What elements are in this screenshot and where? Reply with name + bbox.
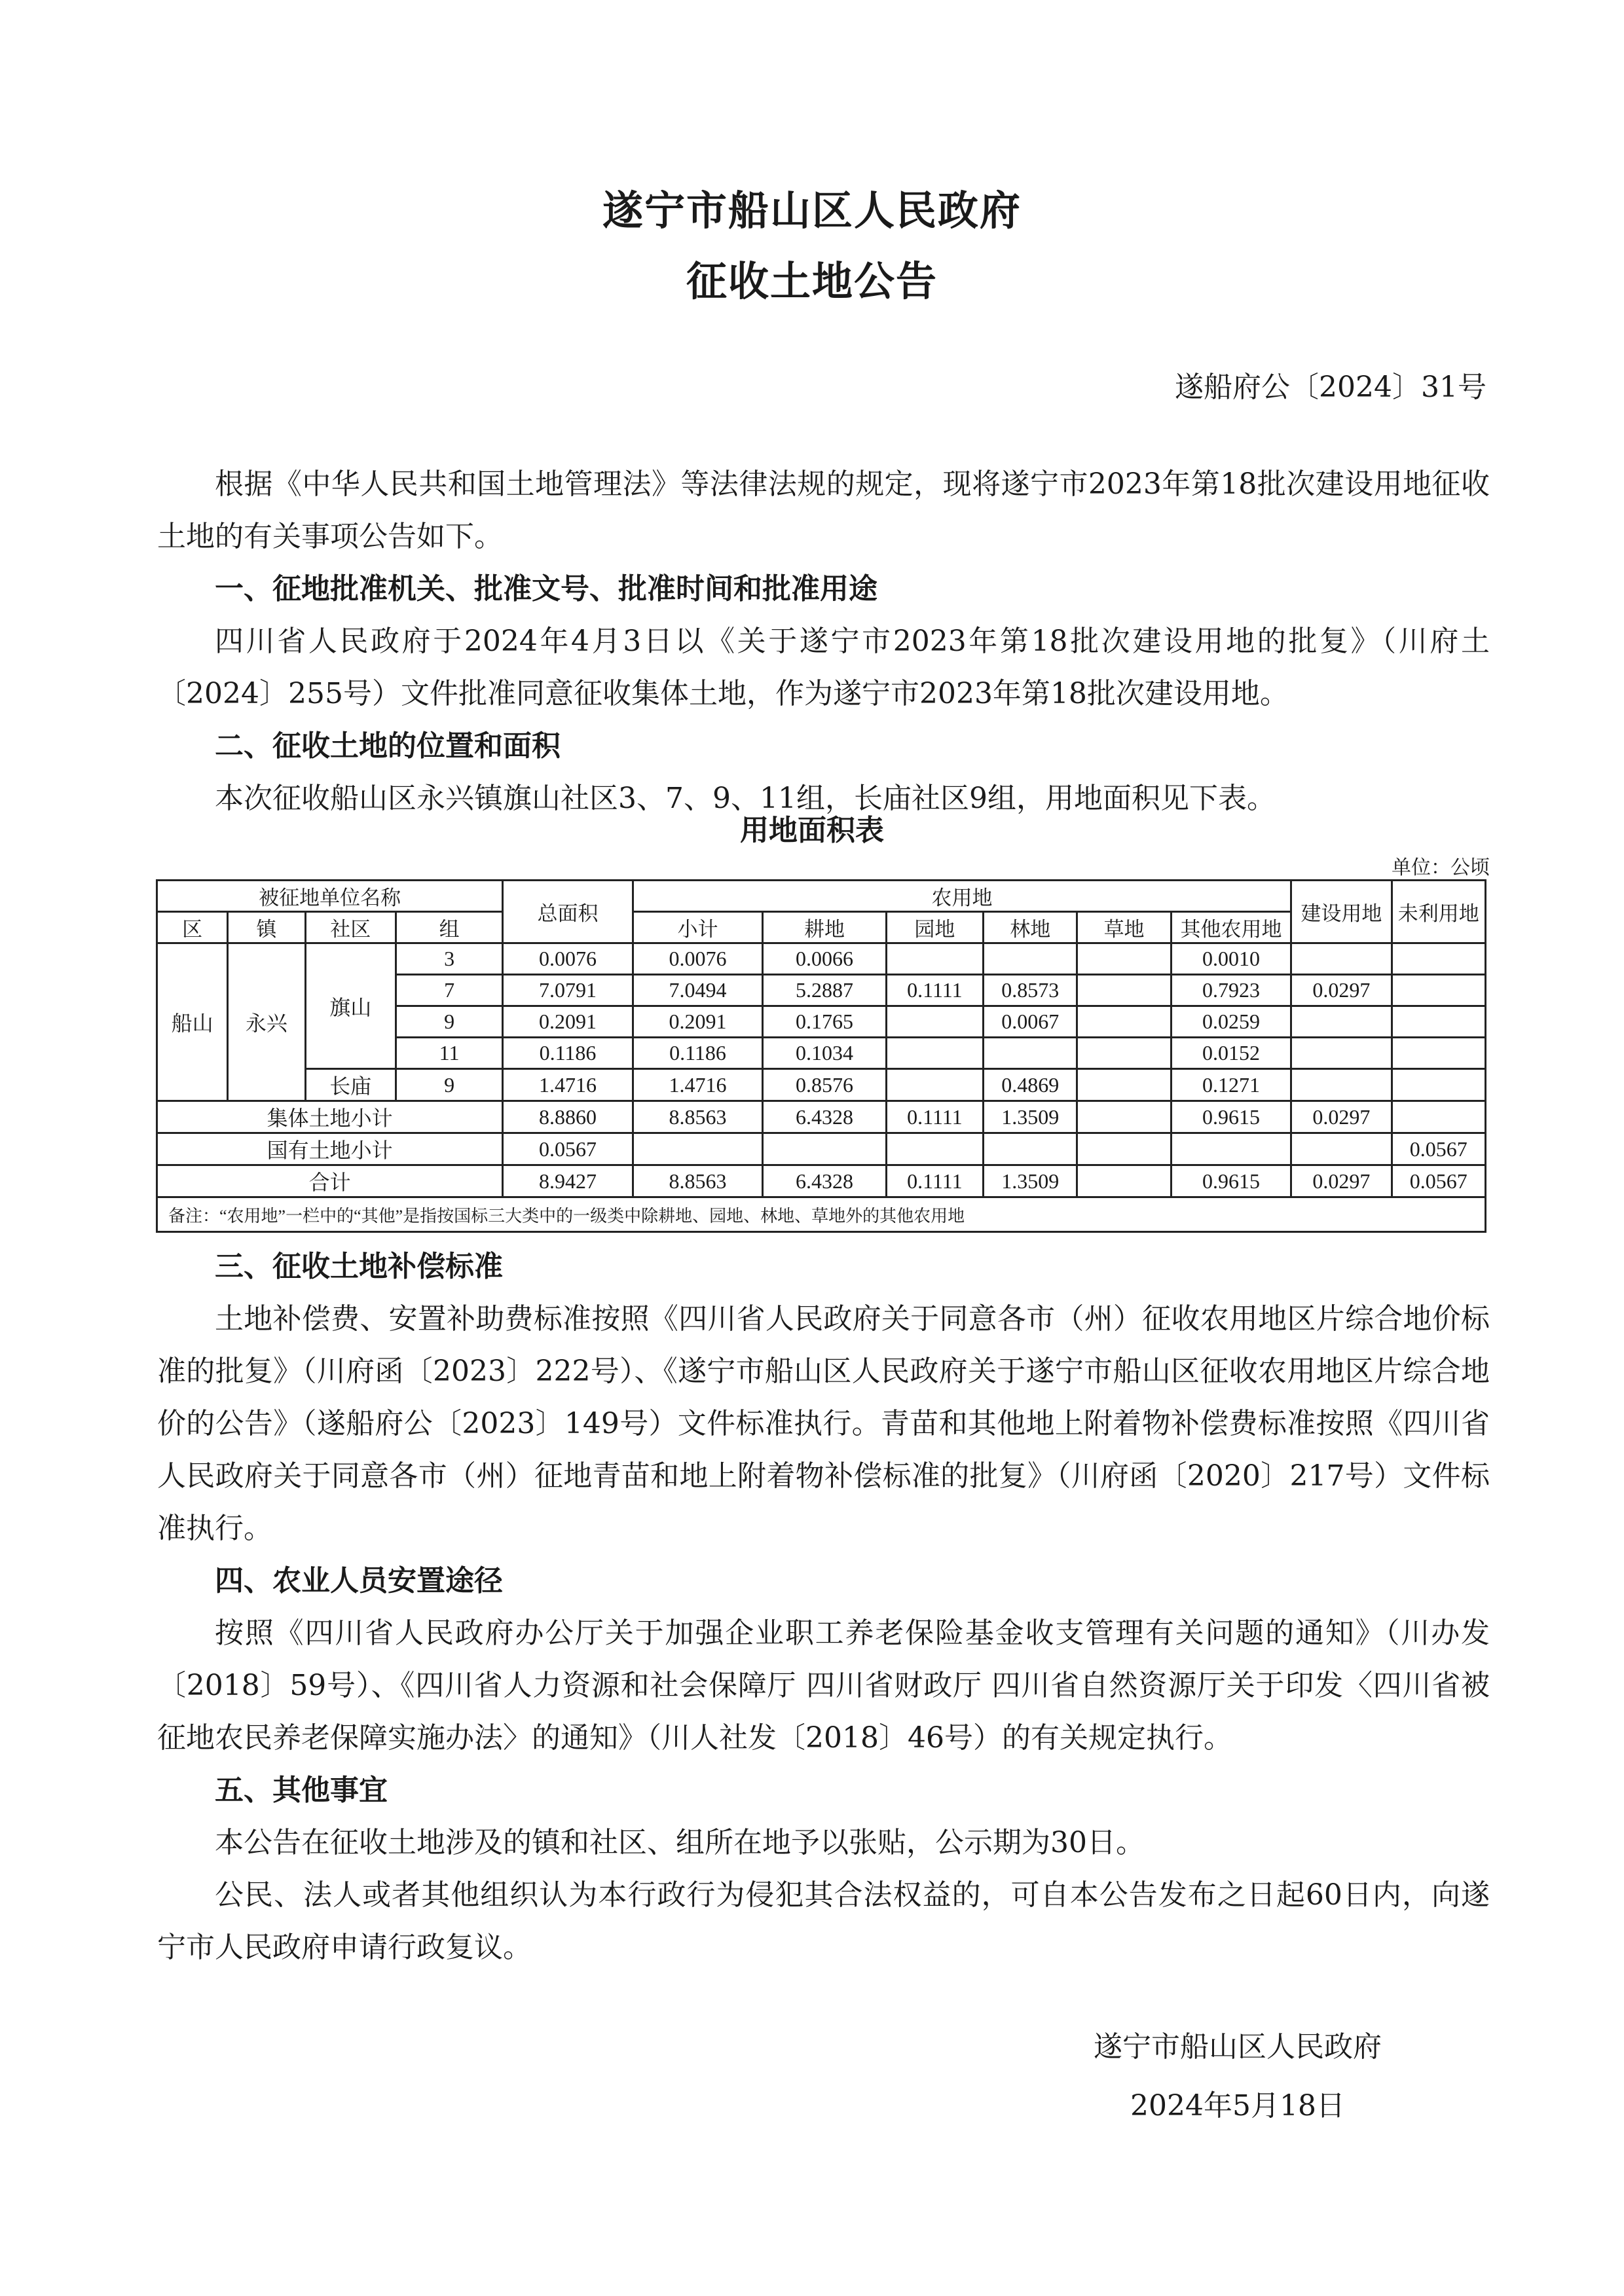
cell-forest bbox=[984, 1133, 1077, 1165]
cell-garden bbox=[886, 1038, 983, 1069]
cell-unused bbox=[1392, 975, 1485, 1006]
header-subtotal: 小计 bbox=[633, 912, 762, 943]
cell-group: 11 bbox=[396, 1038, 502, 1069]
header-garden: 园地 bbox=[886, 912, 983, 943]
cell-subtotal: 0.2091 bbox=[633, 1006, 762, 1038]
cell-grass bbox=[1077, 975, 1171, 1006]
header-forest: 林地 bbox=[984, 912, 1077, 943]
cell-total: 8.8860 bbox=[503, 1101, 633, 1133]
cell-other: 0.9615 bbox=[1171, 1165, 1291, 1197]
cell-subtotal: 0.1186 bbox=[633, 1038, 762, 1069]
section-1-heading: 一、征地批准机关、批准文号、批准时间和批准用途 bbox=[157, 563, 1490, 615]
cell-forest: 0.8573 bbox=[984, 975, 1077, 1006]
cell-construction bbox=[1291, 1006, 1392, 1038]
cell-cultivated: 6.4328 bbox=[763, 1165, 886, 1197]
table-title: 用地面积表 bbox=[0, 807, 1624, 848]
cell-construction bbox=[1291, 943, 1392, 975]
cell-other: 0.9615 bbox=[1171, 1101, 1291, 1133]
cell-construction: 0.0297 bbox=[1291, 1165, 1392, 1197]
header-agri-land: 农用地 bbox=[633, 881, 1291, 912]
cell-grass bbox=[1077, 943, 1171, 975]
cell-garden: 0.1111 bbox=[886, 975, 983, 1006]
document-title-org: 遂宁市船山区人民政府 bbox=[0, 178, 1624, 236]
cell-forest: 1.3509 bbox=[984, 1165, 1077, 1197]
cell-cultivated: 6.4328 bbox=[763, 1101, 886, 1133]
cell-unused bbox=[1392, 1006, 1485, 1038]
cell-cultivated bbox=[763, 1133, 886, 1165]
cell-forest bbox=[984, 1038, 1077, 1069]
cell-unused: 0.0567 bbox=[1392, 1165, 1485, 1197]
header-total-area: 总面积 bbox=[503, 881, 633, 943]
cell-total: 7.0791 bbox=[503, 975, 633, 1006]
row-label: 国有土地小计 bbox=[157, 1133, 503, 1165]
cell-garden bbox=[886, 1069, 983, 1101]
cell-other: 0.0010 bbox=[1171, 943, 1291, 975]
collective-subtotal-row: 集体土地小计 8.8860 8.8563 6.4328 0.1111 1.350… bbox=[157, 1101, 1486, 1133]
header-grass: 草地 bbox=[1077, 912, 1171, 943]
row-label: 集体土地小计 bbox=[157, 1101, 503, 1133]
cell-construction bbox=[1291, 1133, 1392, 1165]
header-unit-name: 被征地单位名称 bbox=[157, 881, 503, 912]
header-community: 社区 bbox=[305, 912, 396, 943]
table-row: 船山 永兴 旗山 3 0.0076 0.0076 0.0066 0.0010 bbox=[157, 943, 1486, 975]
header-other-agri: 其他农用地 bbox=[1171, 912, 1291, 943]
cell-grass bbox=[1077, 1006, 1171, 1038]
cell-other: 0.1271 bbox=[1171, 1069, 1291, 1101]
cell-subtotal: 1.4716 bbox=[633, 1069, 762, 1101]
cell-garden bbox=[886, 943, 983, 975]
cell-garden bbox=[886, 1133, 983, 1165]
cell-unused bbox=[1392, 1038, 1485, 1069]
cell-subtotal: 8.8563 bbox=[633, 1101, 762, 1133]
cell-grass bbox=[1077, 1165, 1171, 1197]
cell-subtotal: 0.0076 bbox=[633, 943, 762, 975]
cell-cultivated: 5.2887 bbox=[763, 975, 886, 1006]
cell-subtotal: 8.8563 bbox=[633, 1165, 762, 1197]
cell-construction bbox=[1291, 1038, 1392, 1069]
cell-garden: 0.1111 bbox=[886, 1101, 983, 1133]
signature-org: 遂宁市船山区人民政府 bbox=[1074, 2023, 1401, 2065]
table-header-row-1: 被征地单位名称 总面积 农用地 建设用地 未利用地 bbox=[157, 881, 1486, 912]
cell-community: 长庙 bbox=[305, 1069, 396, 1101]
cell-forest: 0.0067 bbox=[984, 1006, 1077, 1038]
land-area-table: 被征地单位名称 总面积 农用地 建设用地 未利用地 区 镇 社区 组 小计 耕地… bbox=[156, 879, 1486, 1233]
section-3-heading: 三、征收土地补偿标准 bbox=[157, 1241, 1490, 1293]
header-unused: 未利用地 bbox=[1392, 881, 1485, 943]
cell-forest: 0.4869 bbox=[984, 1069, 1077, 1101]
sections-3-5: 三、征收土地补偿标准 土地补偿费、安置补助费标准按照《四川省人民政府关于同意各市… bbox=[157, 1241, 1490, 1974]
intro-and-sections-1-2: 根据《中华人民共和国土地管理法》等法律法规的规定，现将遂宁市2023年第18批次… bbox=[157, 458, 1490, 825]
table-unit: 单位：公顷 bbox=[1392, 851, 1490, 880]
row-label: 合计 bbox=[157, 1165, 503, 1197]
cell-total: 0.2091 bbox=[503, 1006, 633, 1038]
cell-unused bbox=[1392, 943, 1485, 975]
cell-other bbox=[1171, 1133, 1291, 1165]
cell-garden: 0.1111 bbox=[886, 1165, 983, 1197]
cell-forest: 1.3509 bbox=[984, 1101, 1077, 1133]
cell-group: 3 bbox=[396, 943, 502, 975]
section-3-paragraph: 土地补偿费、安置补助费标准按照《四川省人民政府关于同意各市（州）征收农用地区片综… bbox=[157, 1293, 1490, 1555]
header-town: 镇 bbox=[228, 912, 305, 943]
cell-subtotal: 7.0494 bbox=[633, 975, 762, 1006]
section-4-heading: 四、农业人员安置途径 bbox=[157, 1555, 1490, 1607]
cell-grass bbox=[1077, 1101, 1171, 1133]
section-5-paragraph-1: 本公告在征收土地涉及的镇和社区、组所在地予以张贴，公示期为30日。 bbox=[157, 1817, 1490, 1869]
section-4-paragraph: 按照《四川省人民政府办公厅关于加强企业职工养老保险基金收支管理有关问题的通知》（… bbox=[157, 1607, 1490, 1764]
signature-date: 2024年5月18日 bbox=[1074, 2082, 1401, 2124]
document-number: 遂船府公〔2024〕31号 bbox=[1175, 363, 1486, 405]
cell-community: 旗山 bbox=[305, 943, 396, 1069]
cell-construction bbox=[1291, 1069, 1392, 1101]
cell-group: 9 bbox=[396, 1069, 502, 1101]
cell-cultivated: 0.8576 bbox=[763, 1069, 886, 1101]
cell-district: 船山 bbox=[157, 943, 228, 1101]
cell-group: 7 bbox=[396, 975, 502, 1006]
cell-total: 0.0076 bbox=[503, 943, 633, 975]
section-1-paragraph: 四川省人民政府于2024年4月3日以《关于遂宁市2023年第18批次建设用地的批… bbox=[157, 615, 1490, 720]
intro-paragraph: 根据《中华人民共和国土地管理法》等法律法规的规定，现将遂宁市2023年第18批次… bbox=[157, 458, 1490, 563]
cell-total: 0.1186 bbox=[503, 1038, 633, 1069]
table-row: 长庙 9 1.4716 1.4716 0.8576 0.4869 0.1271 bbox=[157, 1069, 1486, 1101]
cell-total: 0.0567 bbox=[503, 1133, 633, 1165]
cell-grass bbox=[1077, 1038, 1171, 1069]
cell-subtotal bbox=[633, 1133, 762, 1165]
header-district: 区 bbox=[157, 912, 228, 943]
grand-total-row: 合计 8.9427 8.8563 6.4328 0.1111 1.3509 0.… bbox=[157, 1165, 1486, 1197]
cell-grass bbox=[1077, 1133, 1171, 1165]
header-cultivated: 耕地 bbox=[763, 912, 886, 943]
cell-forest bbox=[984, 943, 1077, 975]
cell-other: 0.0152 bbox=[1171, 1038, 1291, 1069]
document-title: 征收土地公告 bbox=[0, 249, 1624, 307]
cell-unused bbox=[1392, 1069, 1485, 1101]
cell-construction: 0.0297 bbox=[1291, 1101, 1392, 1133]
cell-town: 永兴 bbox=[228, 943, 305, 1101]
cell-garden bbox=[886, 1006, 983, 1038]
cell-cultivated: 0.1034 bbox=[763, 1038, 886, 1069]
section-5-paragraph-2: 公民、法人或者其他组织认为本行政行为侵犯其合法权益的，可自本公告发布之日起60日… bbox=[157, 1869, 1490, 1974]
table-header-row-2: 区 镇 社区 组 小计 耕地 园地 林地 草地 其他农用地 bbox=[157, 912, 1486, 943]
cell-unused bbox=[1392, 1101, 1485, 1133]
cell-total: 1.4716 bbox=[503, 1069, 633, 1101]
cell-other: 0.0259 bbox=[1171, 1006, 1291, 1038]
cell-other: 0.7923 bbox=[1171, 975, 1291, 1006]
cell-total: 8.9427 bbox=[503, 1165, 633, 1197]
cell-group: 9 bbox=[396, 1006, 502, 1038]
section-2-heading: 二、征收土地的位置和面积 bbox=[157, 720, 1490, 773]
state-subtotal-row: 国有土地小计 0.0567 0.0567 bbox=[157, 1133, 1486, 1165]
cell-cultivated: 0.0066 bbox=[763, 943, 886, 975]
cell-construction: 0.0297 bbox=[1291, 975, 1392, 1006]
header-group: 组 bbox=[396, 912, 502, 943]
cell-grass bbox=[1077, 1069, 1171, 1101]
header-construction: 建设用地 bbox=[1291, 881, 1392, 943]
section-5-heading: 五、其他事宜 bbox=[157, 1764, 1490, 1817]
note-row: 备注：“农用地”一栏中的“其他”是指按国标三大类中的一级类中除耕地、园地、林地、… bbox=[157, 1197, 1486, 1232]
table-note: 备注：“农用地”一栏中的“其他”是指按国标三大类中的一级类中除耕地、园地、林地、… bbox=[157, 1197, 1486, 1232]
cell-unused: 0.0567 bbox=[1392, 1133, 1485, 1165]
cell-cultivated: 0.1765 bbox=[763, 1006, 886, 1038]
